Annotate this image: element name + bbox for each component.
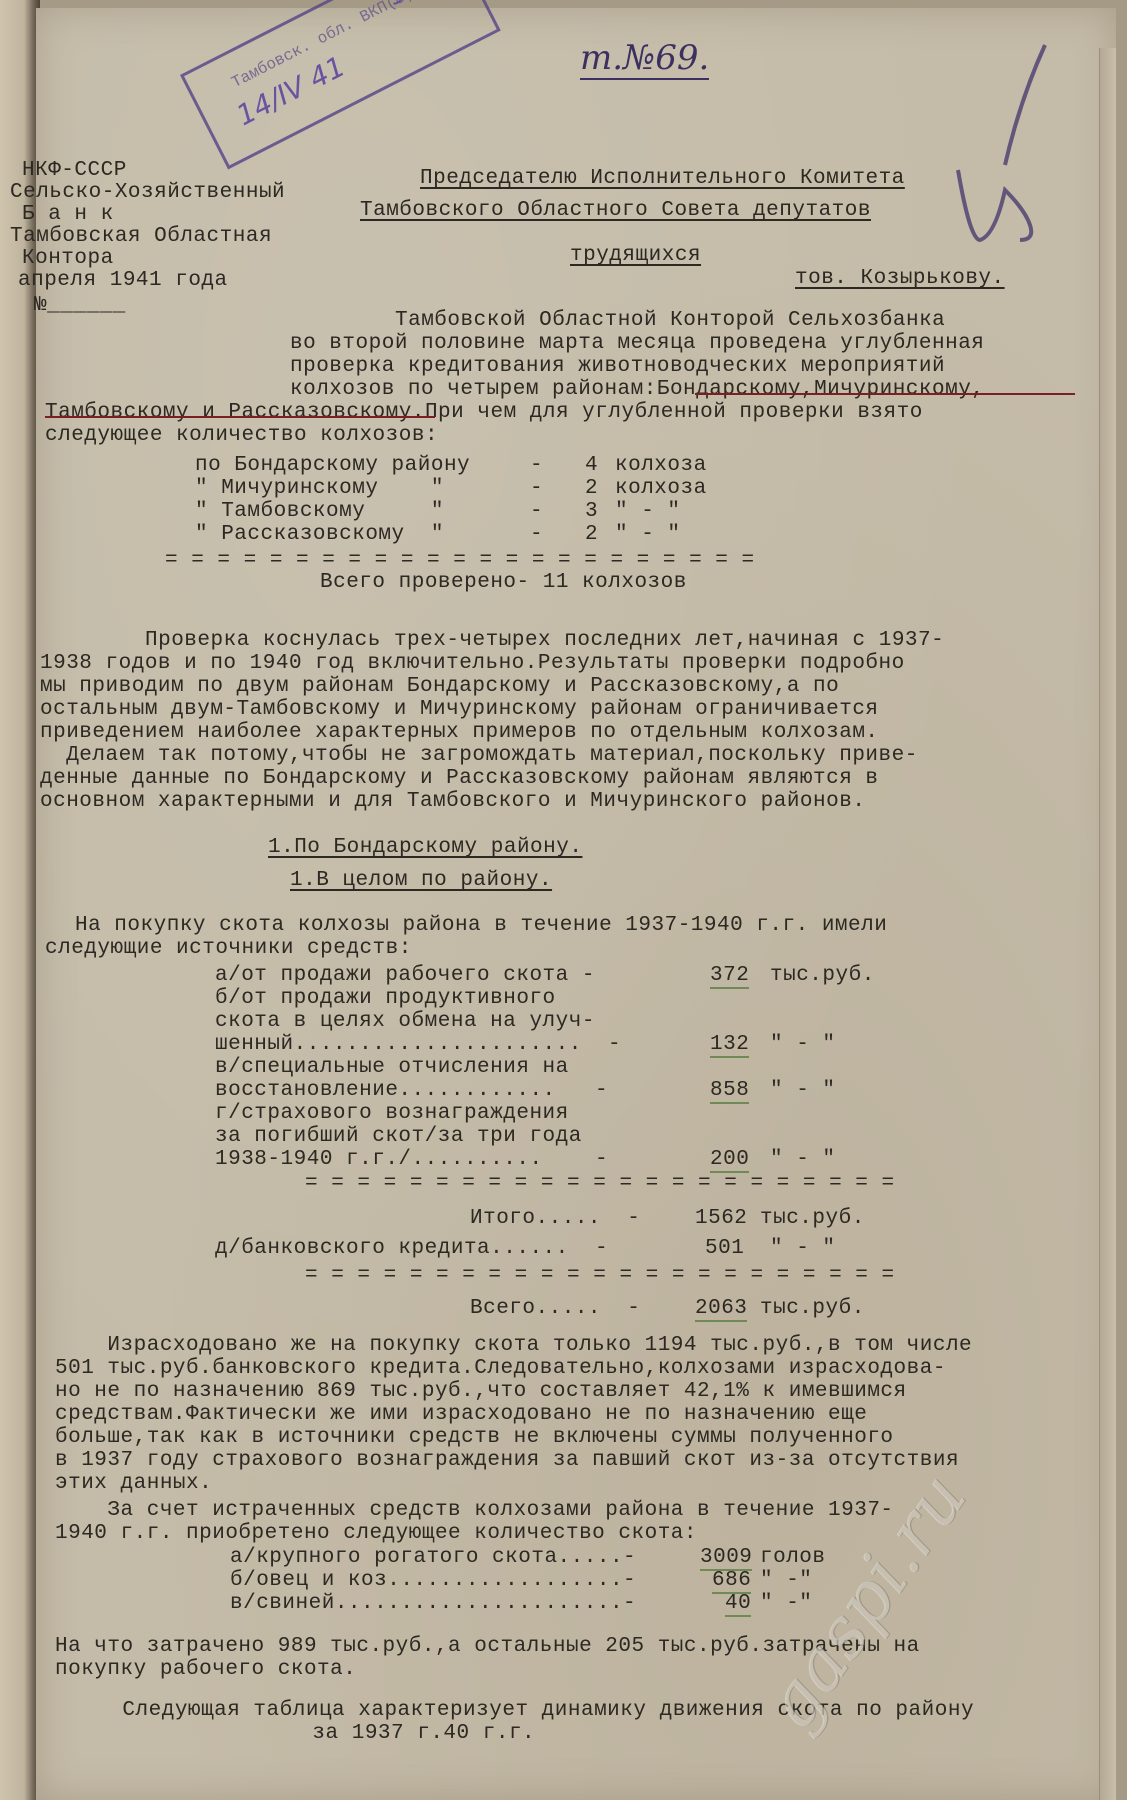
count-district: " Рассказовскому " xyxy=(195,524,444,546)
text-line: колхозов по четырем районам:Бондарскому,… xyxy=(290,379,984,401)
source-value: 372 xyxy=(710,965,749,989)
handwritten-resolution-icon xyxy=(950,40,1070,250)
source-label: г/страхового вознаграждения xyxy=(215,1103,569,1125)
section-heading: 1.По Бондарскому району. xyxy=(268,837,582,859)
bank-credit-value: 501 xyxy=(705,1238,744,1260)
page-edge xyxy=(1099,48,1116,1800)
total-value: 2063 xyxy=(695,1298,747,1322)
text-line: покупку рабочего скота. xyxy=(55,1659,356,1681)
red-pencil-underline xyxy=(45,416,435,418)
count-value: 3 xyxy=(585,501,598,523)
sender-line: Сельско-Хозяйственный xyxy=(10,182,285,204)
count-unit: колхоза xyxy=(615,478,707,500)
source-value: 858 xyxy=(710,1080,749,1104)
addressee-line: трудящихся xyxy=(570,245,701,267)
sender-line: Контора xyxy=(22,248,114,270)
count-dash: - xyxy=(530,478,543,500)
handwritten-archive-number: т.№69. xyxy=(580,38,709,80)
text-line: остальным двум-Тамбовскому и Мичуринском… xyxy=(40,699,879,721)
text-line: следующие источники средств: xyxy=(45,938,412,960)
livestock-value: 686 xyxy=(712,1570,751,1594)
text-line: 501 тыс.руб.банковского кредита.Следоват… xyxy=(55,1358,946,1380)
livestock-label: б/овец и коз..................- xyxy=(230,1570,636,1592)
text-line: 1940 г.г. приобретено следующее количест… xyxy=(55,1523,697,1545)
count-unit: " - " xyxy=(615,524,681,546)
count-unit: " - " xyxy=(615,501,681,523)
text-line: за 1937 г.40 г.г. xyxy=(260,1723,535,1745)
addressee-line: Тамбовского Областного Совета депутатов xyxy=(360,200,871,222)
total-label: Всего..... - xyxy=(470,1298,640,1320)
count-unit: колхоза xyxy=(615,455,707,477)
count-value: 4 xyxy=(585,455,598,477)
source-label: б/от продажи продуктивного xyxy=(215,988,556,1010)
livestock-unit: " -" xyxy=(760,1570,812,1592)
sender-date: апреля 1941 года xyxy=(18,270,228,292)
text-line: мы приводим по двум районам Бондарскому … xyxy=(40,676,839,698)
text-line: в 1937 году страхового вознаграждения за… xyxy=(55,1450,959,1472)
livestock-value: 3009 xyxy=(700,1547,752,1571)
text-line: но не по назначению 869 тыс.руб.,что сос… xyxy=(55,1381,907,1403)
livestock-label: а/крупного рогатого скота.....- xyxy=(230,1547,636,1569)
separator-line: = = = = = = = = = = = = = = = = = = = = … xyxy=(305,1265,895,1287)
separator-line: = = = = = = = = = = = = = = = = = = = = … xyxy=(305,1173,895,1195)
livestock-value: 40 xyxy=(725,1593,751,1617)
count-value: 2 xyxy=(585,524,598,546)
sender-line: НКФ-СССР xyxy=(22,160,127,182)
source-unit: " - " xyxy=(770,1034,836,1056)
count-district: по Бондарскому району xyxy=(195,455,470,477)
separator-line: = = = = = = = = = = = = = = = = = = = = … xyxy=(165,550,755,572)
text-line: больше,так как в источники средств не вк… xyxy=(55,1427,894,1449)
text-line: проверка кредитования животноводческих м… xyxy=(290,356,945,378)
text-line: средствам.Фактически же ими израсходован… xyxy=(55,1404,867,1426)
sender-number: №______ xyxy=(34,295,126,317)
addressee-line: Председателю Исполнительного Комитета xyxy=(420,168,905,190)
source-label: 1938-1940 г.г./.......... - xyxy=(215,1149,608,1171)
source-label: а/от продажи рабочего скота - xyxy=(215,965,595,987)
sender-line: Тамбовская Областная xyxy=(10,226,272,248)
livestock-unit: " -" xyxy=(760,1593,812,1615)
subtotal-unit: тыс.руб. xyxy=(760,1208,865,1230)
sender-line: Б а н к xyxy=(22,204,114,226)
subtotal-label: Итого..... - xyxy=(470,1208,640,1230)
subtotal-value: 1562 xyxy=(695,1208,747,1230)
text-line: этих данных. xyxy=(55,1473,212,1495)
source-label: в/специальные отчисления на xyxy=(215,1057,569,1079)
addressee-name: тов. Козырькову. xyxy=(795,268,1005,290)
text-line: Делаем так потому,чтобы не загромождать … xyxy=(40,745,918,767)
text-line: денные данные по Бондарскому и Рассказов… xyxy=(40,768,879,790)
source-unit: " - " xyxy=(770,1080,836,1102)
text-line: Проверка коснулась трех-четырех последни… xyxy=(145,630,944,652)
text-line: 1938 годов и по 1940 год включительно.Ре… xyxy=(40,653,905,675)
count-dash: - xyxy=(530,455,543,477)
text-line: следующее количество колхозов: xyxy=(45,425,438,447)
bank-credit-label: д/банковского кредита...... - xyxy=(215,1238,608,1260)
livestock-unit: голов xyxy=(760,1547,826,1569)
source-label: восстановление............ - xyxy=(215,1080,608,1102)
text-line: приведением наиболее характерных примеро… xyxy=(40,722,879,744)
text-line: На покупку скота колхозы района в течени… xyxy=(75,915,887,937)
source-label: скота в целях обмена на улуч- xyxy=(215,1011,595,1033)
source-unit: тыс.руб. xyxy=(770,965,875,987)
text-line: во второй половине марта месяца проведен… xyxy=(290,333,984,355)
section-subheading: 1.В целом по району. xyxy=(290,870,552,892)
count-district: " Мичуринскому " xyxy=(195,478,444,500)
count-value: 2 xyxy=(585,478,598,500)
text-line: За счет истраченных средств колхозами ра… xyxy=(55,1500,894,1522)
text-line: Тамбовскому и Рассказовскому.При чем для… xyxy=(45,402,923,424)
text-line: Израсходовано же на покупку скота только… xyxy=(55,1335,972,1357)
source-label: за погибший скот/за три года xyxy=(215,1126,582,1148)
source-value: 200 xyxy=(710,1149,749,1173)
livestock-label: в/свиней......................- xyxy=(230,1593,636,1615)
count-district: " Тамбовскому " xyxy=(195,501,444,523)
source-label: шенный...................... - xyxy=(215,1034,621,1056)
bank-credit-unit: " - " xyxy=(770,1238,836,1260)
count-total: Всего проверено- 11 колхозов xyxy=(320,572,687,594)
text-line: Тамбовской Областной Конторой Сельхозбан… xyxy=(395,310,945,332)
count-dash: - xyxy=(530,524,543,546)
source-value: 132 xyxy=(710,1034,749,1058)
red-pencil-underline xyxy=(695,393,1075,395)
text-line: основном характерными и для Тамбовского … xyxy=(40,791,865,813)
count-dash: - xyxy=(530,501,543,523)
total-unit: тыс.руб. xyxy=(760,1298,865,1320)
source-unit: " - " xyxy=(770,1149,836,1171)
